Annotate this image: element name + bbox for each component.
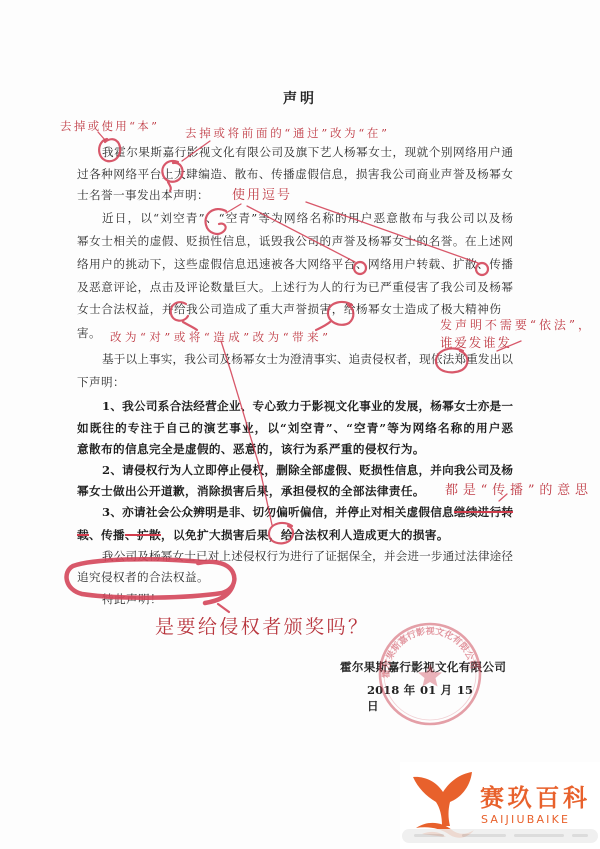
statement-line: 士名誉一事发出本声明： xyxy=(77,187,209,203)
brand-name-cn: 赛玖百科 xyxy=(480,785,587,811)
signature-company: 霍尔果斯嘉行影视文化有限公司 xyxy=(340,659,506,675)
red-pointer-line xyxy=(218,604,229,612)
annotated-statement-document: 声明 我霍尔果斯嘉行影视文化有限公司及旗下艺人杨幂女士，现就个别网络用户通 过各… xyxy=(0,0,600,849)
statement-line: 下声明： xyxy=(77,374,125,390)
annotation-note: 去掉或使用“本” xyxy=(60,118,157,134)
statement-item-1: 1、我公司系合法经营企业、专心致力于影视文化事业的发展，杨幂女士亦是一 xyxy=(102,398,513,414)
statement-item-2: 2、请侵权行为人立即停止侵权，删除全部虚假、贬损性信息，并向我公司及杨 xyxy=(102,462,513,478)
statement-item-1-cont: 如既往的专注于自己的演艺事业，以“刘空青”、“空青”等为网络名称的用户恶 xyxy=(77,420,513,436)
annotation-note: 发声明不需要“依法”， xyxy=(440,317,590,333)
statement-item-2-cont: 幂女士做出公开道歉，消除损害后果，承担侵权的全部法律责任。 xyxy=(77,483,425,499)
line-segment: 3、亦请社会公众辨明是非、切勿偏听偏信，并停止对相关虚假信息 xyxy=(102,505,454,519)
line-segment: ，以免扩大损害后果，给合法权利人造成更大的损害。 xyxy=(161,528,449,542)
annotation-headline-note: 是要给侵权者颁奖吗？ xyxy=(155,615,367,639)
annotation-note: 都是“传播”的意思 xyxy=(445,483,588,499)
statement-item-3: 3、亦请社会公众辨明是非、切勿偏听偏信，并停止对相关虚假信息继续进行转 xyxy=(102,504,513,520)
statement-line: 过各种网络平台上大肆编造、散布、传播虚假信息，损害我公司商业声誉及杨幂女 xyxy=(77,166,513,182)
annotation-note: 去掉或将前面的“通过”改为“在” xyxy=(185,125,387,141)
closing-line: 特此声明！ xyxy=(102,591,162,607)
statement-line: 女士合法权益，并给我公司造成了重大声誉损害，给杨幂女士造成了极大精神伤 xyxy=(77,301,501,317)
line-segment: 、传播 xyxy=(89,528,125,542)
statement-line: 我公司及杨幂女士已对上述侵权行为进行了证据保全，并会进一步通过法律途径 xyxy=(102,548,513,564)
statement-line: 及恶意评论，点击及评论数量巨大。上述行为人的行为已严重侵害了我公司及杨幂 xyxy=(77,279,513,295)
brand-name-en: SAIJIUBAIKE xyxy=(481,813,570,826)
struck-through-text: 载 xyxy=(77,528,89,542)
annotation-note: 改为“对”或将“造成”改为“带来” xyxy=(110,329,328,345)
annotation-note: 谁爱发谁发 xyxy=(440,335,510,351)
signature-date: 2018 年 01 月 15 日 xyxy=(367,682,473,714)
statement-line: 基于以上事实，我公司及杨幂女士为澄清事实、追责侵权者，现依法郑重发出以 xyxy=(102,351,513,367)
statement-line-circled: 追究侵权者的合法权益。 xyxy=(77,569,209,585)
struck-through-text: 、扩散 xyxy=(125,528,161,542)
statement-line: 幂女士相关的虚假、贬损性信息，诋毁我公司的声誉及杨幂女士的名誉。在上述网 xyxy=(77,233,513,249)
statement-line: 我霍尔果斯嘉行影视文化有限公司及旗下艺人杨幂女士，现就个别网络用户通 xyxy=(102,144,513,160)
struck-through-text: 继续进行转 xyxy=(454,505,513,519)
statement-item-3-cont: 载、传播、扩散，以免扩大损害后果，给合法权利人造成更大的损害。 xyxy=(77,527,449,543)
annotation-note: 使用逗号 xyxy=(232,188,290,204)
document-title: 声明 xyxy=(283,90,314,108)
statement-line: 害。 xyxy=(77,325,101,341)
statement-line: 络用户的挑动下，这些虚假信息迅速被各大网络平台、网络用户转载、扩散、传播 xyxy=(77,256,513,272)
statement-item-1-cont: 意散布的信息完全是虚假的、恶意的，该行为系严重的侵权行为。 xyxy=(77,441,425,457)
faint-watermark xyxy=(402,829,598,843)
statement-line: 近日，以“刘空青”、“空青”等为网络名称的用户恶意散布与我公司以及杨 xyxy=(102,210,513,226)
